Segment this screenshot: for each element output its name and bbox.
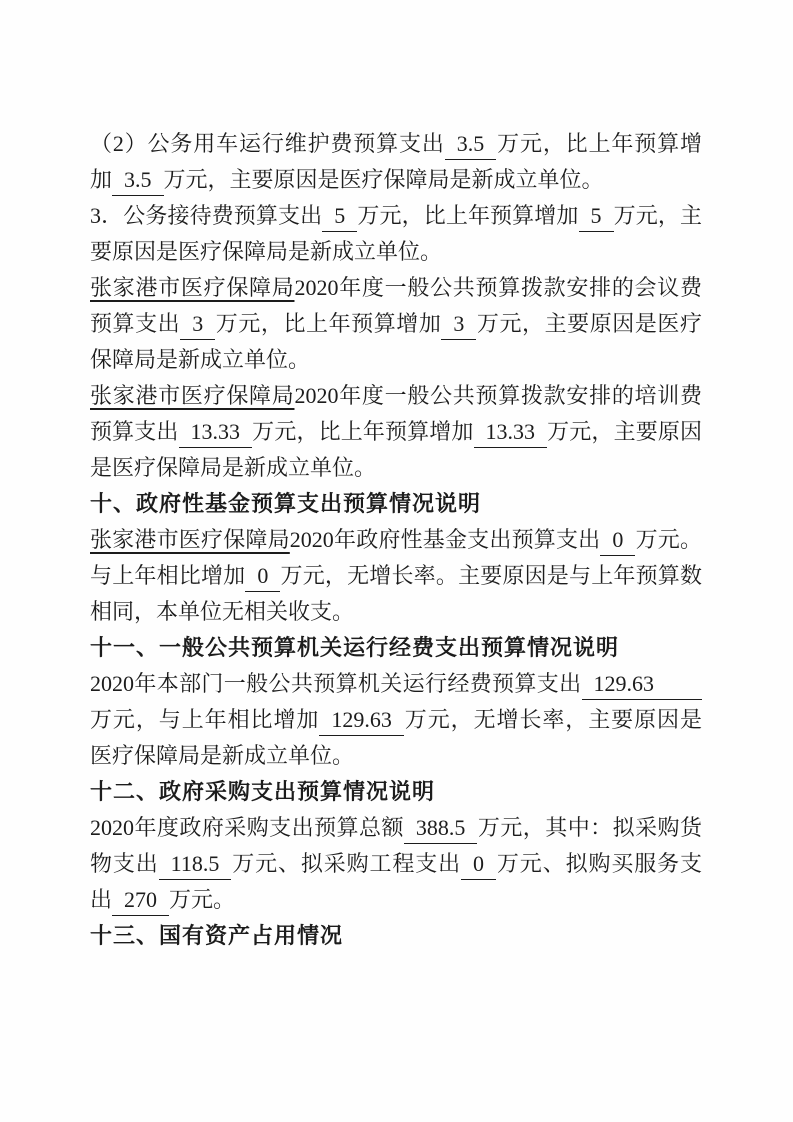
paragraph: （2）公务用车运行维护费预算支出3.5万元，比上年预算增加3.5万元，主要原因是… [90, 126, 702, 198]
paragraph: 张家港市医疗保障局2020年度一般公共预算拨款安排的培训费预算支出13.33万元… [90, 378, 702, 486]
blank-value: 0 [245, 561, 280, 592]
blank-value: 129.63 [319, 705, 404, 736]
section-heading: 十、政府性基金预算支出预算情况说明 [90, 486, 702, 522]
org-name-underlined: 张家港市医疗保障局 [90, 383, 294, 408]
text-run: 万元。 [169, 887, 235, 912]
section-heading: 十二、政府采购支出预算情况说明 [90, 774, 702, 810]
text-run: 2020年政府性基金支出预算支出 [290, 527, 601, 552]
section-heading: 十一、一般公共预算机关运行经费支出预算情况说明 [90, 630, 702, 666]
section-heading: 十三、国有资产占用情况 [90, 918, 702, 954]
text-run: 万元，比上年预算增加 [252, 419, 473, 444]
paragraph: 张家港市医疗保障局2020年度一般公共预算拨款安排的会议费预算支出3万元，比上年… [90, 270, 702, 378]
blank-value: 3.5 [445, 129, 497, 160]
blank-value: 13.33 [474, 417, 548, 448]
text-run: 万元、拟采购工程支出 [231, 851, 461, 876]
org-name-underlined: 张家港市医疗保障局 [90, 275, 294, 300]
text-run: 2020年本部门一般公共预算机关运行经费预算支出 [90, 671, 582, 696]
org-name-underlined: 张家港市医疗保障局 [90, 527, 290, 552]
paragraph: 2020年本部门一般公共预算机关运行经费预算支出129.63万元，与上年相比增加… [90, 666, 702, 774]
blank-value: 0 [600, 525, 635, 556]
blank-value: 5 [579, 201, 614, 232]
blank-value: 388.5 [404, 813, 478, 844]
paragraph: 2020年度政府采购支出预算总额388.5万元，其中：拟采购货物支出118.5万… [90, 810, 702, 918]
text-run: 2020年度政府采购支出预算总额 [90, 815, 404, 840]
blank-value: 3.5 [112, 165, 164, 196]
document-page: （2）公务用车运行维护费预算支出3.5万元，比上年预算增加3.5万元，主要原因是… [0, 0, 793, 1122]
blank-value: 3 [441, 309, 476, 340]
blank-value: 13.33 [179, 417, 253, 448]
blank-value: 5 [322, 201, 357, 232]
text-run: 万元，主要原因是医疗保障局是新成立单位。 [164, 167, 604, 192]
text-run: （2）公务用车运行维护费预算支出 [90, 131, 445, 156]
blank-value: 0 [461, 849, 496, 880]
paragraph: 3．公务接待费预算支出5万元，比上年预算增加5万元，主要原因是医疗保障局是新成立… [90, 198, 702, 270]
blank-value: 118.5 [159, 849, 232, 880]
text-run: 3．公务接待费预算支出 [90, 203, 322, 228]
blank-value: 3 [180, 309, 215, 340]
text-run: 万元，比上年预算增加 [215, 311, 441, 336]
blank-value: 129.63 [582, 669, 703, 700]
paragraph: 张家港市医疗保障局2020年政府性基金支出预算支出0万元。与上年相比增加0万元，… [90, 522, 702, 630]
document-body: （2）公务用车运行维护费预算支出3.5万元，比上年预算增加3.5万元，主要原因是… [90, 126, 702, 954]
text-run: 万元，与上年相比增加 [90, 707, 319, 732]
text-run: 万元，比上年预算增加 [357, 203, 578, 228]
blank-value: 270 [112, 885, 169, 916]
